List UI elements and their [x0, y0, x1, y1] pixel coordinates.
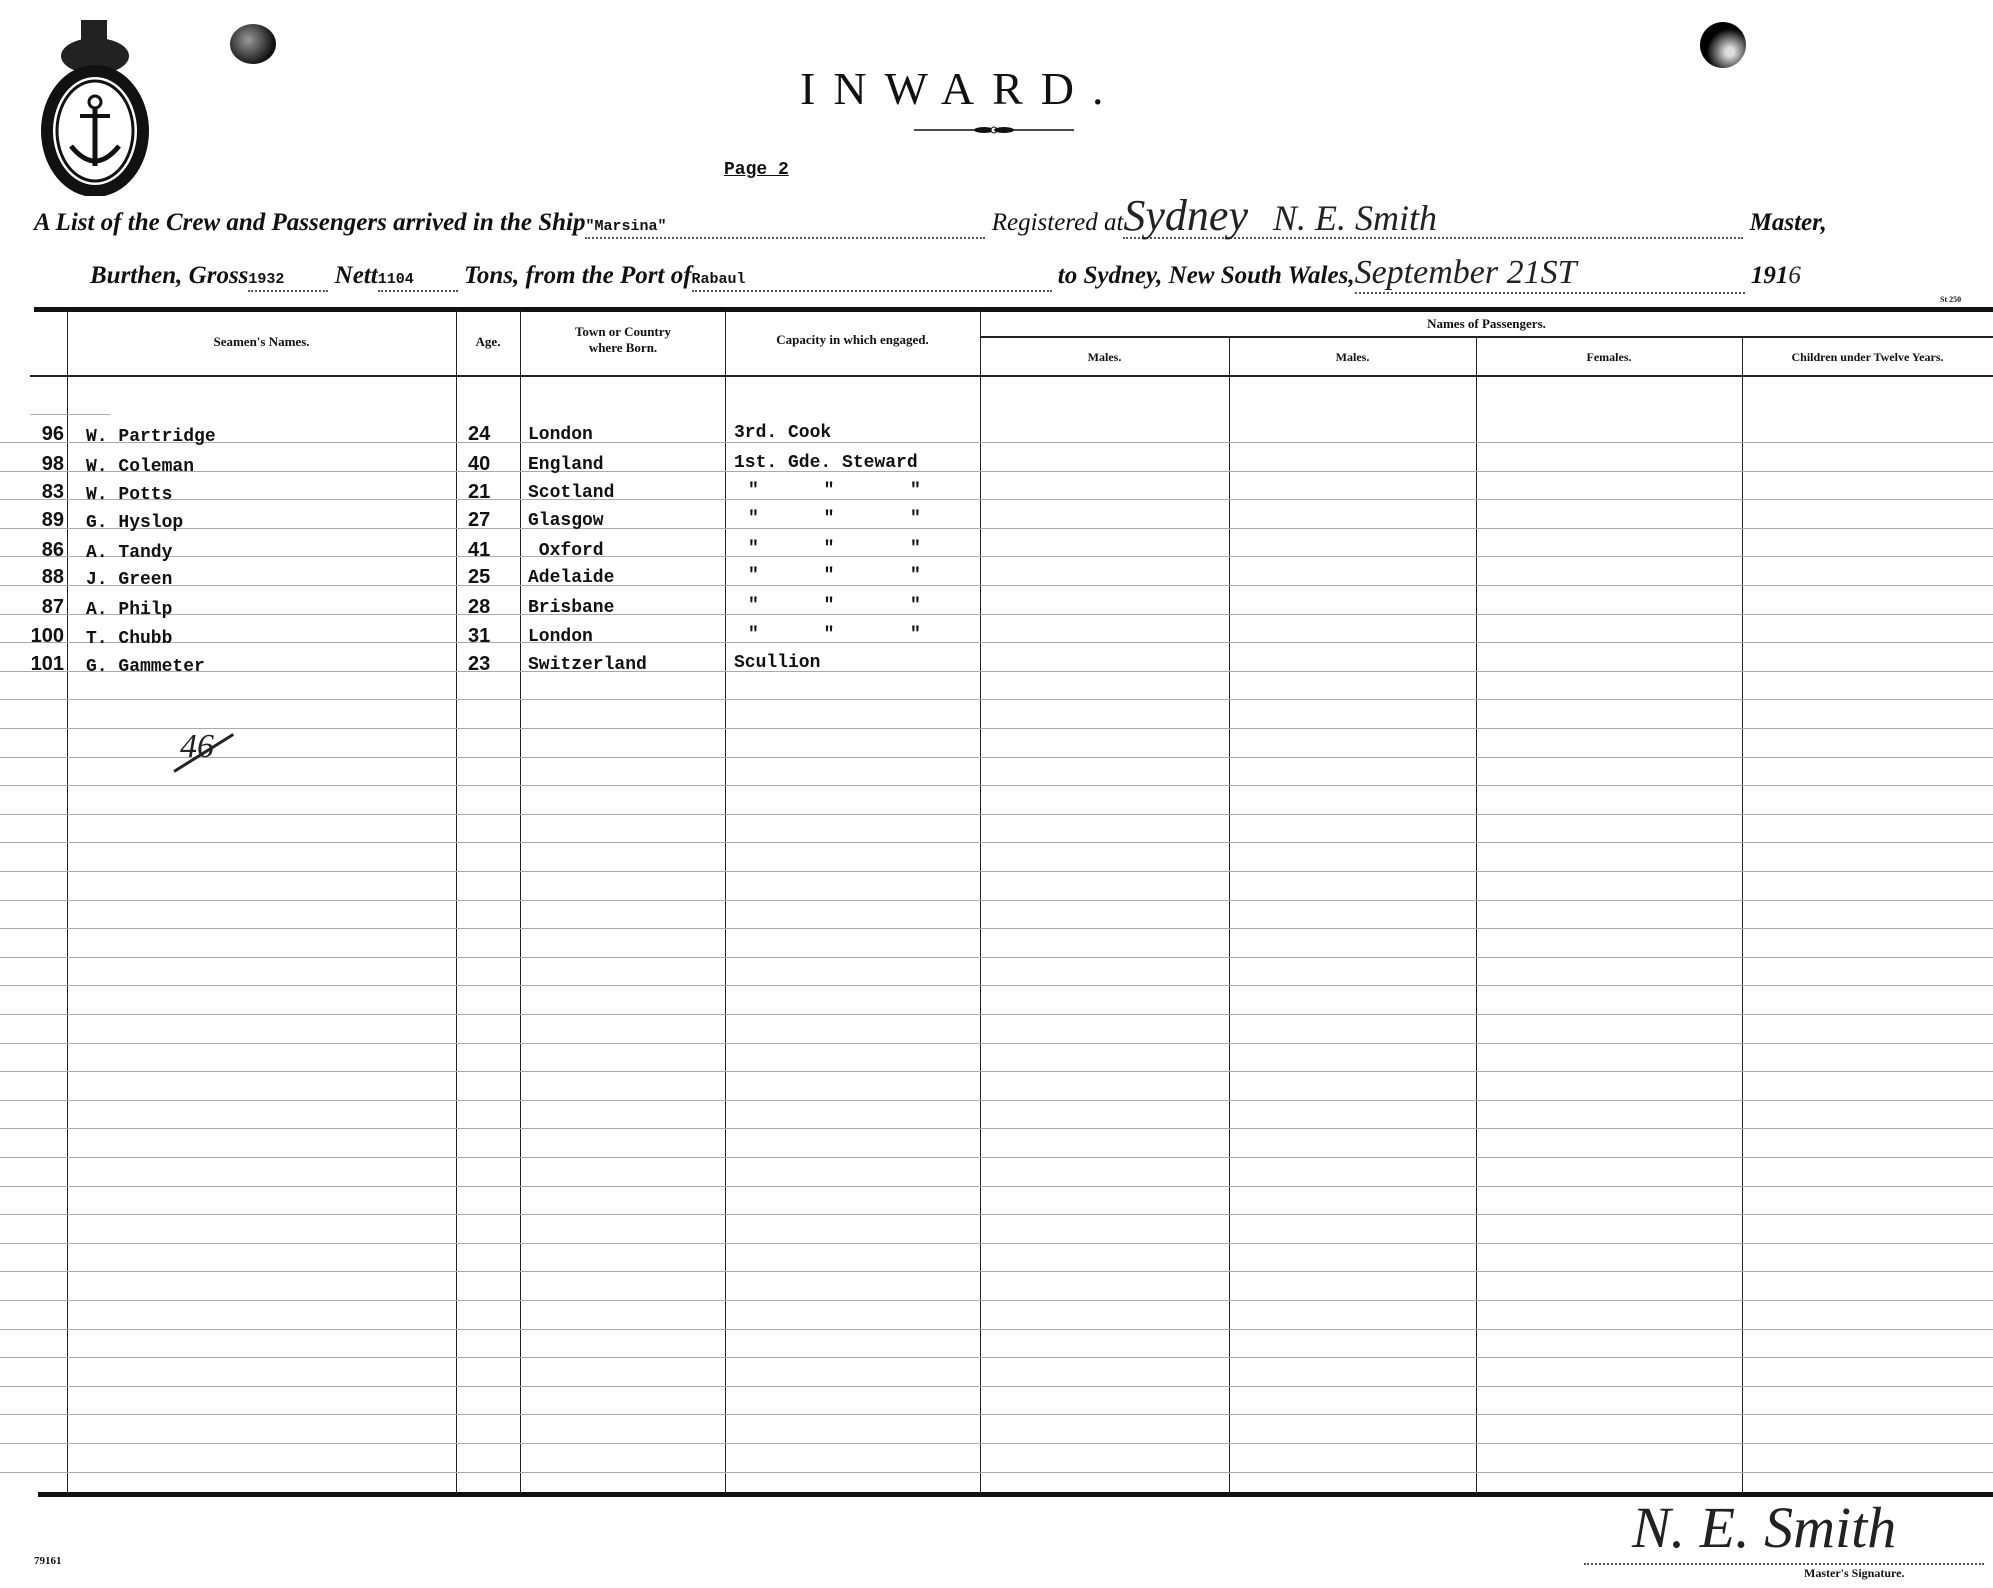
capacity: 3rd. Cook: [734, 423, 831, 443]
ruled-line: [0, 928, 1993, 929]
col-header-born: Town or Country where Born.: [560, 324, 686, 356]
seaman-age: 21: [468, 481, 490, 504]
ruled-line: [0, 1443, 1993, 1444]
seaman-name: W. Coleman: [86, 457, 194, 477]
col-divider-number: [67, 310, 68, 1494]
anchor-crest-icon: [36, 16, 154, 196]
capacity-ditto: " " ": [748, 509, 921, 529]
ruled-line: [0, 728, 1993, 729]
ruled-line: [0, 1157, 1993, 1158]
col-divider-age: [520, 310, 521, 1494]
seaman-name: W. Partridge: [86, 427, 216, 447]
col-header-children: Children under Twelve Years.: [1742, 350, 1993, 365]
nett-tons: 1104: [378, 271, 414, 288]
capacity-ditto: " " ": [748, 596, 921, 616]
master-signature: N. E. Smith: [1632, 1494, 1896, 1561]
seaman-age: 41: [468, 539, 490, 562]
capacity-ditto: " " ": [748, 625, 921, 645]
ruled-line: [0, 1357, 1993, 1358]
birthplace: Adelaide: [528, 568, 614, 588]
header-line-1: A List of the Crew and Passengers arrive…: [34, 206, 1984, 239]
list-title: A List of the Crew and Passengers arrive…: [34, 209, 585, 236]
ruled-line: [0, 614, 1993, 615]
birthplace: Scotland: [528, 483, 614, 503]
seaman-age: 24: [468, 423, 490, 446]
year-suffix: 6: [1788, 262, 1801, 289]
ruled-line: [0, 1329, 1993, 1330]
ruled-line: [0, 442, 1993, 443]
ruled-line: [0, 1472, 1993, 1473]
ruled-line: [0, 556, 1993, 557]
ruled-line: [0, 1414, 1993, 1415]
ruled-line: [0, 1271, 1993, 1272]
ruled-line: [0, 985, 1993, 986]
seaman-age: 27: [468, 509, 490, 532]
ruled-line: [0, 1014, 1993, 1015]
punch-hole-left: [230, 24, 276, 64]
col-divider-born: [725, 310, 726, 1494]
seaman-age: 28: [468, 596, 490, 619]
seaman-name: J. Green: [86, 570, 172, 590]
col-header-age: Age.: [456, 334, 520, 350]
gross-field: 1932: [248, 262, 328, 292]
col-divider-capacity: [980, 310, 981, 1494]
ruled-line: [0, 1186, 1993, 1187]
date-field: September 21ST: [1355, 254, 1745, 294]
col-header-males-1: Males.: [980, 350, 1229, 365]
row-number: 96: [4, 423, 64, 446]
ship-name-field: "Marsina": [585, 209, 985, 239]
ruled-line: [0, 785, 1993, 786]
gross-tons: 1932: [248, 271, 284, 288]
registered-port: Sydney: [1123, 191, 1248, 240]
master-name: N. E. Smith: [1273, 198, 1437, 238]
row-number: 83: [4, 481, 64, 504]
seaman-age: 25: [468, 566, 490, 589]
ruled-line: [0, 1043, 1993, 1044]
burthen-label: Burthen, Gross: [90, 262, 248, 289]
page-number: Page 2: [724, 160, 789, 180]
form-code: St 250: [1940, 295, 1961, 304]
ship-name: "Marsina": [585, 218, 666, 235]
passenger-group-rule: [980, 336, 1993, 338]
ruled-line: [0, 1214, 1993, 1215]
document-title: INWARD.: [800, 62, 1121, 115]
col-divider-males1: [1229, 338, 1230, 1494]
header-line-2: Burthen, Gross1932 Nett1104 Tons, from t…: [90, 254, 1801, 294]
seaman-name: W. Potts: [86, 485, 172, 505]
capacity: Scullion: [734, 653, 820, 673]
registered-label: Registered at: [992, 209, 1124, 236]
ruled-line: [0, 499, 1993, 500]
seaman-age: 23: [468, 653, 490, 676]
ruled-line: [0, 642, 1993, 643]
capacity: 1st. Gde. Steward: [734, 453, 918, 473]
ruled-line: [0, 1300, 1993, 1301]
ruled-line: [0, 699, 1993, 700]
row-number: 88: [4, 566, 64, 589]
row-number: 86: [4, 539, 64, 562]
print-code: 79161: [34, 1555, 62, 1567]
row-number: 89: [4, 509, 64, 532]
ruled-line: [0, 842, 1993, 843]
birthplace: Brisbane: [528, 598, 614, 618]
ruled-line: [0, 957, 1993, 958]
ruled-line: [0, 1071, 1993, 1072]
header-bottom-rule: [30, 375, 1993, 377]
ruled-line: [0, 1243, 1993, 1244]
arrival-date: September 21ST: [1355, 254, 1577, 291]
capacity-ditto: " " ": [748, 539, 921, 559]
table-top-rule: [34, 307, 1993, 312]
birthplace: Switzerland: [528, 655, 647, 675]
title-flourish-icon: [914, 126, 1074, 134]
registered-field: Sydney N. E. Smith: [1123, 206, 1743, 239]
seaman-age: 40: [468, 453, 490, 476]
year-prefix: 191: [1751, 262, 1789, 289]
master-label: Master,: [1750, 209, 1827, 236]
ruled-line: [0, 757, 1993, 758]
ruled-line: [0, 528, 1993, 529]
birthplace: Glasgow: [528, 511, 604, 531]
col-header-males-2: Males.: [1229, 350, 1476, 365]
row-number: 100: [4, 625, 64, 648]
ruled-line: [0, 671, 1993, 672]
nett-field: 1104: [378, 262, 458, 292]
seaman-name: A. Philp: [86, 600, 172, 620]
tons-port-label: Tons, from the Port of: [464, 262, 692, 289]
ruled-line: [0, 871, 1993, 872]
signature-label: Master's Signature.: [1804, 1566, 1904, 1581]
row-number: 98: [4, 453, 64, 476]
ruled-line: [0, 585, 1993, 586]
port-field: Rabaul: [692, 262, 1052, 292]
col-header-females: Females.: [1476, 350, 1742, 365]
col-divider-females: [1742, 338, 1743, 1494]
ruled-line: [0, 1128, 1993, 1129]
nett-label: Nett: [335, 262, 378, 289]
birthplace: Oxford: [528, 541, 604, 561]
birthplace: London: [528, 425, 593, 445]
row-number: 87: [4, 596, 64, 619]
port-of-origin: Rabaul: [692, 271, 746, 288]
col-header-passengers: Names of Passengers.: [980, 316, 1993, 332]
ruled-line: [0, 1100, 1993, 1101]
col-divider-males2: [1476, 338, 1477, 1494]
col-header-names: Seamen's Names.: [67, 334, 456, 350]
seaman-name: G. Hyslop: [86, 513, 183, 533]
ruled-line: [0, 900, 1993, 901]
signature-line: [1584, 1563, 1984, 1565]
destination-label: to Sydney, New South Wales,: [1058, 262, 1355, 289]
ruled-line: [0, 1386, 1993, 1387]
shipping-department-stamp: [36, 16, 154, 196]
col-header-capacity: Capacity in which engaged.: [725, 332, 980, 348]
ruled-line: [0, 471, 1993, 472]
birthplace: London: [528, 627, 593, 647]
punch-hole-right: [1700, 22, 1746, 68]
seaman-age: 31: [468, 625, 490, 648]
ruled-line: [0, 814, 1993, 815]
seaman-name: G. Gammeter: [86, 657, 205, 677]
seaman-name: T. Chubb: [86, 629, 172, 649]
capacity-ditto: " " ": [748, 481, 921, 501]
row-number: 101: [4, 653, 64, 676]
ruled-line: [30, 414, 110, 415]
birthplace: England: [528, 455, 604, 475]
col-divider-name: [456, 310, 457, 1494]
capacity-ditto: " " ": [748, 566, 921, 586]
seaman-name: A. Tandy: [86, 543, 172, 563]
